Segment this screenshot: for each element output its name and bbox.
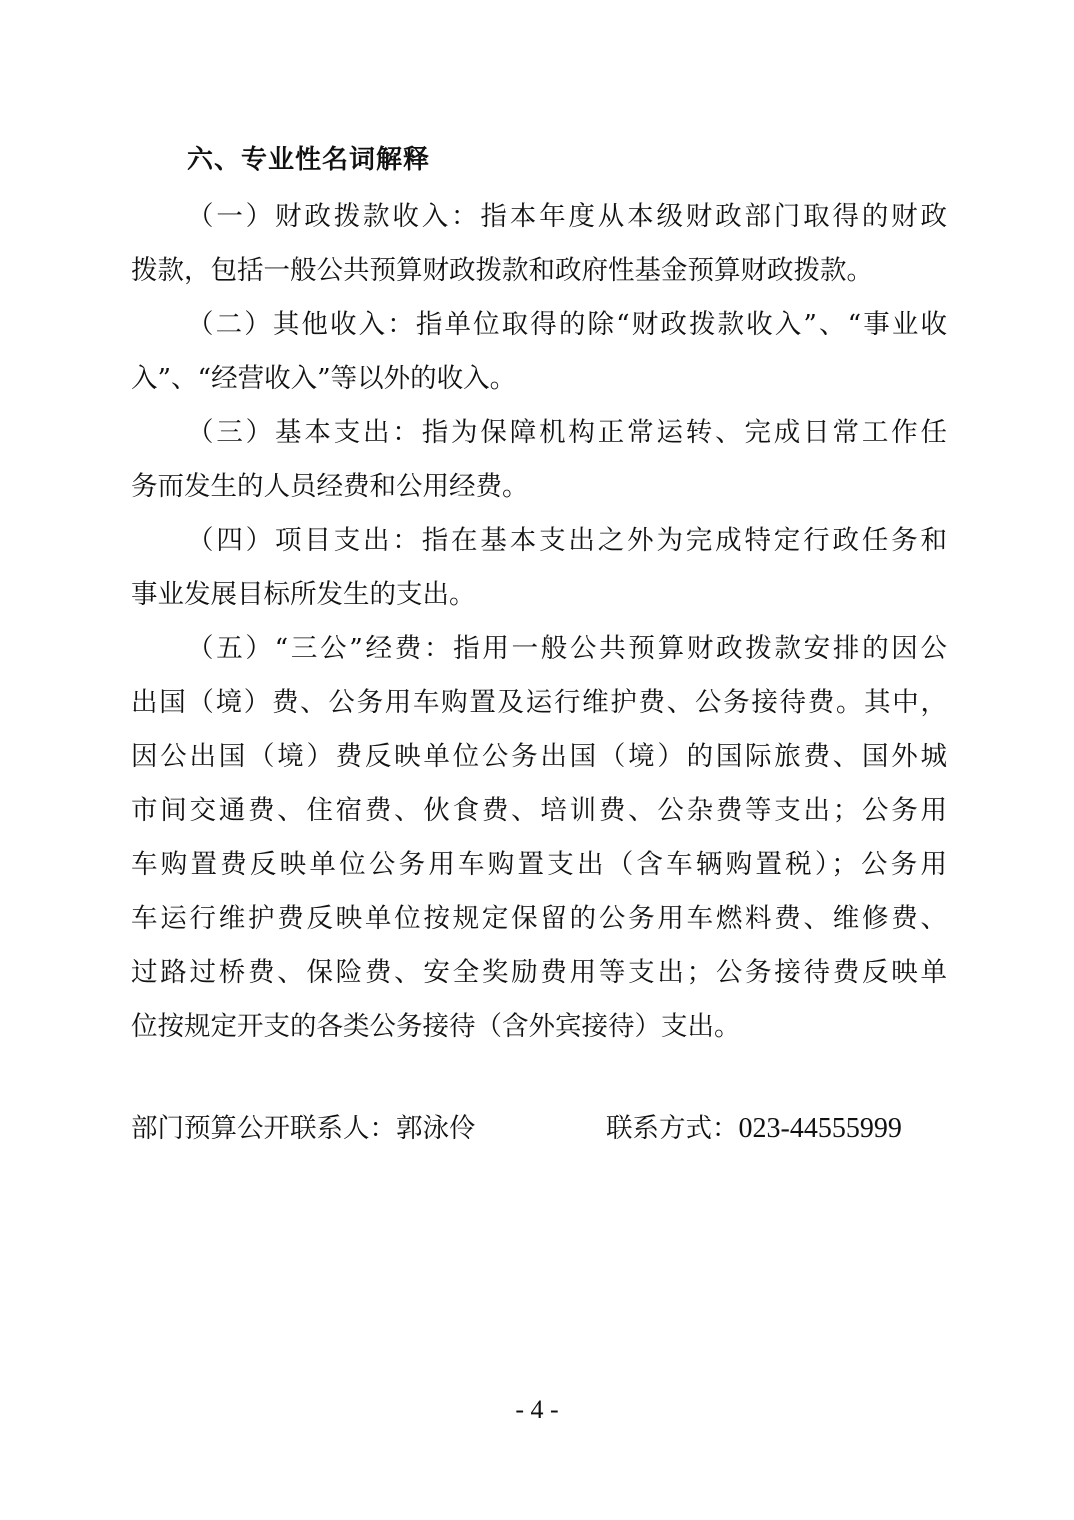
text-line: 过路过桥费、保险费、安全奖励费用等支出；公务接待费反映单 bbox=[131, 949, 947, 1003]
text-line: 出国（境）费、公务用车购置及运行维护费、公务接待费。其中， bbox=[131, 679, 947, 733]
text-line: （三）基本支出：指为保障机构正常运转、完成日常工作任 bbox=[131, 409, 947, 463]
text-line: （五）“三公”经费：指用一般公共预算财政拨款安排的因公 bbox=[131, 625, 947, 679]
page-number: - 4 - bbox=[0, 1395, 1074, 1425]
contact-method-label: 联系方式： bbox=[606, 1113, 739, 1144]
document-page: 六、专业性名词解释 （一）财政拨款收入：指本年度从本级财政部门取得的财政 拨款，… bbox=[0, 0, 1074, 1520]
text-line: 市间交通费、住宿费、伙食费、培训费、公杂费等支出；公务用 bbox=[131, 787, 947, 841]
text-line: （四）项目支出：指在基本支出之外为完成特定行政任务和 bbox=[131, 517, 947, 571]
text-line: 因公出国（境）费反映单位公务出国（境）的国际旅费、国外城 bbox=[131, 733, 947, 787]
contact-info: 部门预算公开联系人：郭泳伶 联系方式：023-44555999 bbox=[131, 1105, 476, 1153]
text-line: 拨款，包括一般公共预算财政拨款和政府性基金预算财政拨款。 bbox=[131, 247, 947, 301]
text-line: 位按规定开支的各类公务接待（含外宾接待）支出。 bbox=[131, 1003, 947, 1057]
text-line: 入”、“经营收入”等以外的收入。 bbox=[131, 355, 947, 409]
text-line: 车运行维护费反映单位按规定保留的公务用车燃料费、维修费、 bbox=[131, 895, 947, 949]
text-line: 务而发生的人员经费和公用经费。 bbox=[131, 463, 947, 517]
contact-method: 联系方式：023-44555999 bbox=[606, 1105, 902, 1153]
text-line: 事业发展目标所发生的支出。 bbox=[131, 571, 947, 625]
contact-phone: 023-44555999 bbox=[739, 1113, 902, 1144]
definitions-body: （一）财政拨款收入：指本年度从本级财政部门取得的财政 拨款，包括一般公共预算财政… bbox=[131, 193, 947, 1057]
contact-person: 部门预算公开联系人：郭泳伶 bbox=[131, 1113, 476, 1144]
text-line: （一）财政拨款收入：指本年度从本级财政部门取得的财政 bbox=[131, 193, 947, 247]
text-line: 车购置费反映单位公务用车购置支出（含车辆购置税）；公务用 bbox=[131, 841, 947, 895]
text-line: （二）其他收入：指单位取得的除“财政拨款收入”、“事业收 bbox=[131, 301, 947, 355]
section-heading: 六、专业性名词解释 bbox=[187, 140, 430, 180]
